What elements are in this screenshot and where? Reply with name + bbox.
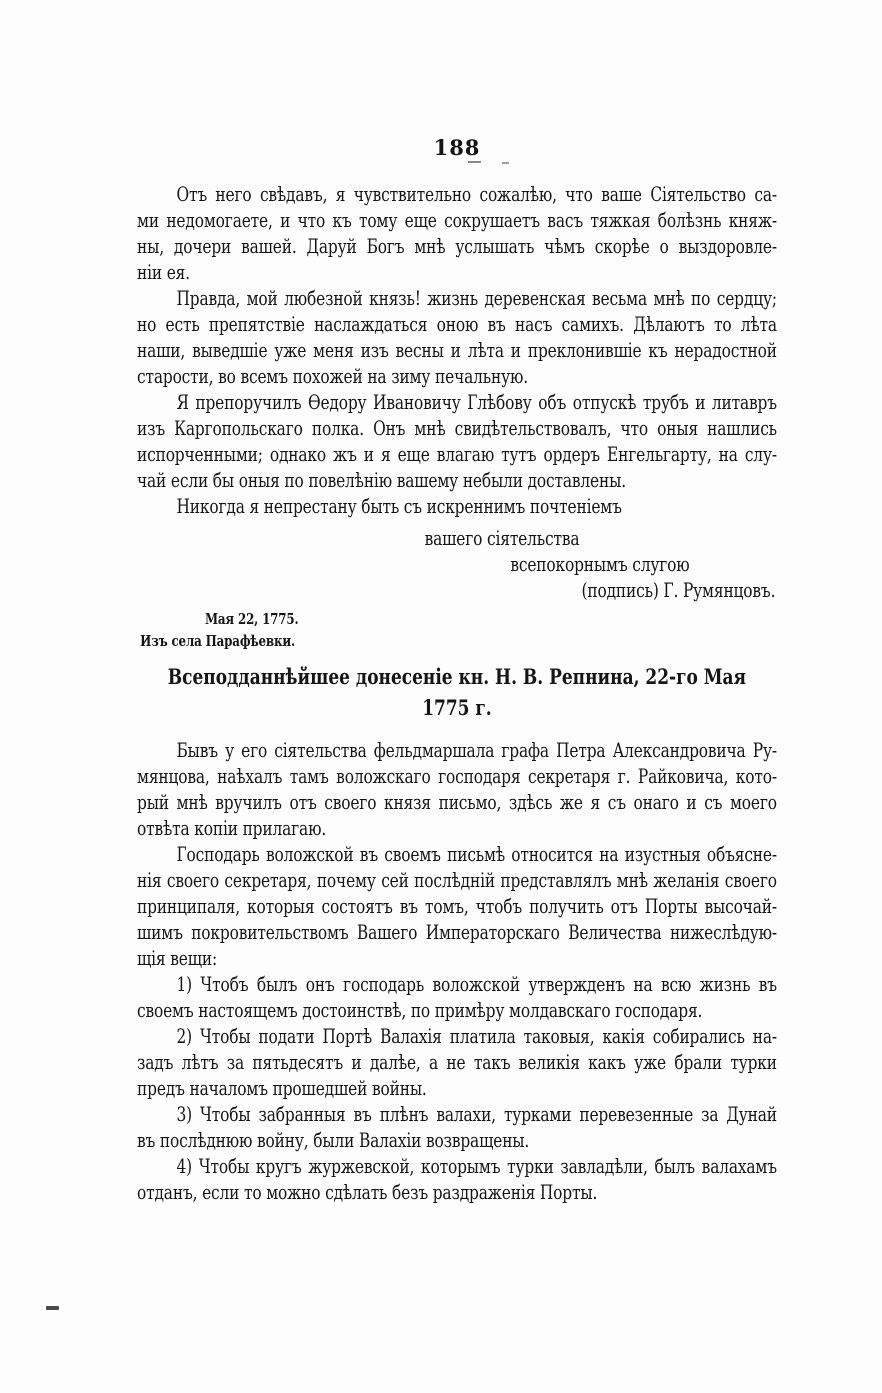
- report-heading-l1: Всеподданнѣйшее донесеніе кн. Н. В. Репн…: [137, 662, 777, 693]
- letter-paragraph-1-l1: Отъ него свѣдавъ, я чувствительно сожалѣ…: [137, 182, 777, 208]
- letter-paragraph-2-l3: наши, выведшіе уже меня изъ весны и лѣта…: [137, 338, 777, 364]
- page-number-underline-mark: [468, 161, 481, 163]
- report-paragraph-1: Бывъ у его сіятельства фельдмаршала граф…: [137, 738, 777, 842]
- letter-place-l1: Изъ села Парафѣевки.: [140, 630, 777, 652]
- report-item-2: 2) Чтобы подати Портѣ Валахія платила та…: [137, 1024, 777, 1102]
- report-item-4: 4) Чтобы кругъ журжевской, которымъ турк…: [137, 1154, 777, 1206]
- report-paragraph-1-l3: рый мнѣ вручилъ отъ своего князя письмо,…: [137, 790, 777, 816]
- letter-paragraph-2-l1: Правда, мой любезной князь! жизнь дереве…: [137, 286, 777, 312]
- letter-closing-line-l1: Никогда я непрестану быть съ искреннимъ …: [137, 494, 777, 520]
- report-paragraph-1-l1: Бывъ у его сіятельства фельдмаршала граф…: [137, 738, 777, 764]
- letter-paragraph-3-l4: чай если бы оныя по повелѣнію вашему неб…: [137, 468, 777, 494]
- report-paragraph-1-l4: отвѣта копіи прилагаю.: [137, 816, 777, 842]
- report-item-2-l1: 2) Чтобы подати Портѣ Валахія платила та…: [137, 1024, 777, 1050]
- letter-paragraph-2: Правда, мой любезной князь! жизнь дереве…: [137, 286, 777, 390]
- signature-courtesy: вашего сіятельства: [137, 526, 777, 552]
- letter-paragraph-3-l2: изъ Каргопольскаго полка. Онъ мнѣ свидѣт…: [137, 416, 777, 442]
- letter-paragraph-3-l3: испорченными; однако жъ и я еще влагаю т…: [137, 442, 777, 468]
- report-item-4-l2: отданъ, если то можно сдѣлать безъ раздр…: [137, 1180, 777, 1206]
- report-item-1: 1) Чтобъ былъ онъ господарь воложской ут…: [137, 972, 777, 1024]
- report-paragraph-2-l5: щія вещи:: [137, 946, 777, 972]
- signature-role-l1: всепокорнымъ слугою: [423, 552, 777, 578]
- report-item-1-l1: 1) Чтобъ былъ онъ господарь воложской ут…: [137, 972, 777, 998]
- letter-date-l1: Мая 22, 1775.: [205, 608, 777, 630]
- report-item-3-l1: 3) Чтобы забранныя въ плѣнъ валахи, турк…: [137, 1102, 777, 1128]
- report-item-1-l2: своемъ настоящемъ достоинствѣ, по примѣр…: [137, 998, 777, 1024]
- letter-paragraph-1-l2: ми недомогаете, и что къ тому еще сокруш…: [137, 208, 777, 234]
- letter-paragraph-3: Я препоручилъ Ѳедору Ивановичу Глѣбову о…: [137, 390, 777, 494]
- letter-place: Изъ села Парафѣевки.: [137, 630, 777, 652]
- report-item-4-l1: 4) Чтобы кругъ журжевской, которымъ турк…: [137, 1154, 777, 1180]
- letter-paragraph-2-l2: но есть препятствіе наслаждаться оною въ…: [137, 312, 777, 338]
- signature-name: (подпись) Г. Румянцовъ.: [137, 578, 777, 604]
- report-item-2-l2: задъ лѣтъ за пятьдесятъ и далѣе, а не та…: [137, 1050, 777, 1076]
- letter-paragraph-2-l4: старости, во всемъ похожей на зиму печал…: [137, 364, 777, 390]
- text-block: Отъ него свѣдавъ, я чувствительно сожалѣ…: [137, 182, 777, 1206]
- report-heading-l2: 1775 г.: [137, 693, 777, 724]
- report-item-3: 3) Чтобы забранныя въ плѣнъ валахи, турк…: [137, 1102, 777, 1154]
- letter-closing-line: Никогда я непрестану быть съ искреннимъ …: [137, 494, 777, 520]
- report-paragraph-2: Господарь воложской въ своемъ письмѣ отн…: [137, 842, 777, 972]
- report-paragraph-2-l2: нія своего секретаря, почему сей послѣдн…: [137, 868, 777, 894]
- signature-name-l1: (подпись) Г. Румянцовъ.: [137, 578, 775, 604]
- book-page-scan: 188 Отъ него свѣдавъ, я чувствительно со…: [0, 0, 882, 1393]
- report-item-2-l3: предъ началомъ прошедшей войны.: [137, 1076, 777, 1102]
- letter-date: Мая 22, 1775.: [137, 608, 777, 630]
- letter-paragraph-1-l4: ніи ея.: [137, 260, 777, 286]
- page-number: 188: [137, 135, 777, 160]
- margin-smudge-mark: [46, 1306, 59, 1310]
- report-paragraph-2-l3: принципаля, которыя состоятъ въ томъ, чт…: [137, 894, 777, 920]
- signature-role: всепокорнымъ слугою: [137, 552, 777, 578]
- letter-paragraph-3-l1: Я препоручилъ Ѳедору Ивановичу Глѣбову о…: [137, 390, 777, 416]
- signature-courtesy-l1: вашего сіятельства: [227, 526, 777, 552]
- letter-paragraph-1-l3: ны, дочери вашей. Даруй Богъ мнѣ услышат…: [137, 234, 777, 260]
- report-item-3-l2: въ послѣднюю войну, были Валахіи возвращ…: [137, 1128, 777, 1154]
- report-paragraph-2-l4: шимъ покровительствомъ Вашего Императорс…: [137, 920, 777, 946]
- report-heading: Всеподданнѣйшее донесеніе кн. Н. В. Репн…: [137, 662, 777, 724]
- report-paragraph-1-l2: мянцова, наѣхалъ тамъ воложскаго господа…: [137, 764, 777, 790]
- report-paragraph-2-l1: Господарь воложской въ своемъ письмѣ отн…: [137, 842, 777, 868]
- page-number-underline-mark-2: [502, 162, 509, 164]
- letter-paragraph-1: Отъ него свѣдавъ, я чувствительно сожалѣ…: [137, 182, 777, 286]
